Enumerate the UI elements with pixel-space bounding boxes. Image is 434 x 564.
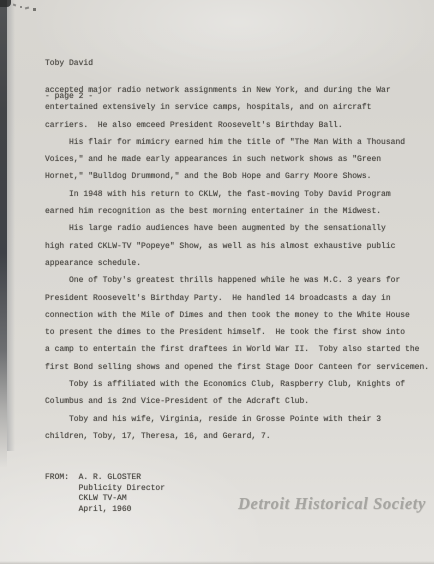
scanner-edge-soft-shadow	[7, 0, 15, 451]
scanner-edge-shadow	[0, 0, 7, 564]
from-line: Publicity Director	[45, 484, 165, 495]
pencil-marks	[11, 2, 45, 12]
body-line: His flair for mimicry earned him the tit…	[45, 134, 429, 151]
body-line: Columbus and is 2nd Vice-President of th…	[45, 393, 429, 410]
body-line: earned him recognition as the best morni…	[45, 203, 429, 220]
body-line: carriers. He also emceed President Roose…	[45, 117, 429, 134]
body-line: In 1948 with his return to CKLW, the fas…	[45, 186, 429, 203]
body-line: children, Toby, 17, Theresa, 16, and Ger…	[45, 428, 429, 445]
body-line: One of Toby's greatest thrills happened …	[45, 272, 429, 289]
from-line: FROM: A. R. GLOSTER	[45, 473, 165, 484]
body-line: President Roosevelt's Birthday Party. He…	[45, 290, 429, 307]
from-line: CKLW TV-AM	[45, 494, 165, 505]
body-line: entertained extensively in service camps…	[45, 99, 429, 116]
body-line: Toby is affiliated with the Economics Cl…	[45, 376, 429, 393]
scanned-document-page: Toby David - page 2 - accepted major rad…	[0, 0, 434, 564]
watermark-text: Detroit Historical Society	[238, 494, 426, 514]
body-line: high rated CKLW-TV "Popeye" Show, as wel…	[45, 238, 429, 255]
body-line: accepted major radio network assignments…	[45, 82, 429, 99]
body-line: appearance schedule.	[45, 255, 429, 272]
document-body: accepted major radio network assignments…	[45, 82, 429, 445]
body-line: a camp to entertain the first draftees i…	[45, 341, 429, 358]
from-line: April, 1960	[45, 505, 165, 516]
body-line: Voices," and he made early appearances i…	[45, 151, 429, 168]
from-block: FROM: A. R. GLOSTER Publicity Director C…	[45, 473, 165, 515]
body-line: to present the dimes to the President hi…	[45, 324, 429, 341]
scan-corner-mark	[0, 0, 11, 7]
body-line: first Bond selling shows and opened the …	[45, 359, 429, 376]
body-line: Hornet," "Bulldog Drummond," and the Bob…	[45, 168, 429, 185]
document-title: Toby David	[45, 58, 93, 69]
body-line: His large radio audiences have been augm…	[45, 220, 429, 237]
body-line: Toby and his wife, Virginia, reside in G…	[45, 411, 429, 428]
body-line: connection with the Mile of Dimes and th…	[45, 307, 429, 324]
